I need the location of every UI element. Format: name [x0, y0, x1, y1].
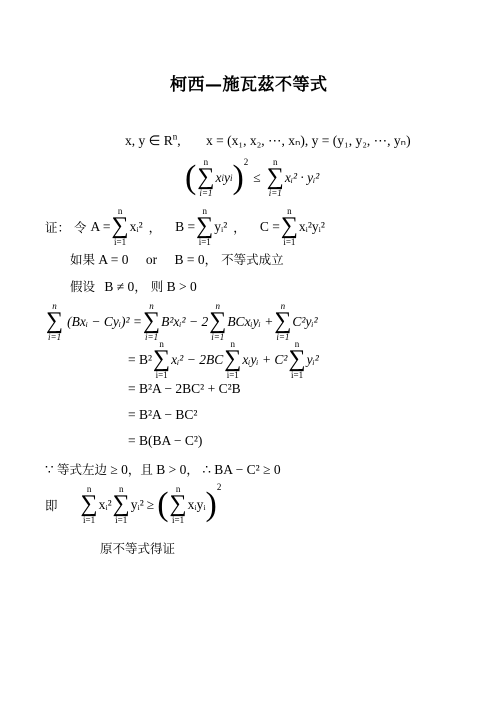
sum-lower: i=1: [156, 371, 168, 380]
or-label: or: [146, 252, 157, 267]
expansion-line-1: n∑i=1 (Bxᵢ − Cyᵢ)² = n∑i=1 B²xᵢ² − 2 n∑i…: [45, 302, 318, 342]
document-title: 柯西—施瓦茲不等式: [170, 70, 328, 95]
b-nonzero: B ≠ 0: [104, 279, 134, 294]
final-term-1: xᵢ²: [99, 497, 112, 513]
separator: ，: [186, 462, 199, 477]
sigma-icon: ∑: [81, 494, 98, 516]
summation: n∑i=1: [209, 302, 226, 342]
right-paren: ): [206, 488, 217, 522]
def-a-lhs: A =: [91, 219, 111, 235]
leq-sign: ≤: [253, 170, 260, 186]
proof-label: 证：: [45, 218, 70, 236]
sum-lower: i=1: [172, 516, 184, 525]
holds-text: ， 不等式成立: [205, 252, 284, 267]
final-term-2: yᵢ²: [131, 497, 144, 513]
vector-components: x = (x₁, x₂, ⋯, xₙ), y = (y₁, y₂, ⋯, yₙ): [206, 133, 411, 148]
summation: n ∑ i=1: [197, 158, 214, 198]
sum-lower: i=1: [114, 238, 126, 247]
sum-lower: i=1: [199, 189, 212, 198]
geq-sign: ≥: [147, 497, 154, 513]
proof-definitions: 证： 令 A = n∑i=1 xᵢ² ， B = n∑i=1 yᵢ² ， C =…: [45, 207, 325, 247]
sum-lower: i=1: [269, 189, 282, 198]
condition-a: A = 0: [98, 252, 128, 267]
main-inequality: ( n ∑ i=1 xiyi )2 ≤ n ∑ i=1 xᵢ² · yᵢ²: [185, 158, 319, 198]
rhs-term: xᵢ² · yᵢ²: [285, 170, 319, 186]
expansion2-term-3: yᵢ²: [307, 352, 319, 368]
sum-lower: i=1: [227, 371, 239, 380]
sum-lower: i=1: [291, 371, 303, 380]
expansion2-prefix: = B²: [128, 352, 152, 368]
summation: n∑i=1: [113, 485, 130, 525]
summation: n∑i=1: [170, 485, 187, 525]
sigma-icon: ∑: [281, 216, 298, 238]
sum-lower: i=1: [83, 516, 95, 525]
expansion-line-2: = B² n∑i=1 xᵢ² − 2BC n∑i=1 xᵢyᵢ + C² n∑i…: [128, 340, 319, 380]
def-b-lhs: B =: [175, 219, 195, 235]
summation: n∑i=1: [224, 340, 241, 380]
summation: n∑i=1: [274, 302, 291, 342]
sigma-icon: ∑: [267, 167, 284, 189]
summation: n ∑ i=1: [267, 158, 284, 198]
summation: n∑i=1: [153, 340, 170, 380]
sum-lower: i=1: [199, 238, 211, 247]
comma: ,: [177, 133, 180, 148]
separator: ，: [233, 218, 246, 236]
def-b-term: yᵢ²: [214, 219, 227, 235]
and-text: ，且: [128, 462, 153, 477]
summation: n∑i=1: [112, 207, 129, 247]
summation: n∑i=1: [143, 302, 160, 342]
def-c-term: xᵢ²yᵢ²: [299, 219, 325, 235]
final-inequality: 即 n∑i=1 xᵢ² n∑i=1 yᵢ² ≥ ( n∑i=1 xᵢyᵢ )2: [45, 485, 221, 525]
condition-b: B = 0: [175, 252, 205, 267]
geq-zero: ≥ 0: [110, 462, 128, 477]
because-icon: ∵: [45, 462, 54, 477]
therefore-icon: ∴: [202, 462, 211, 477]
if-label: 如果: [70, 252, 95, 267]
expansion2-term-2: xᵢyᵢ + C²: [242, 352, 287, 368]
namely-label: 即: [45, 496, 58, 514]
right-paren: ): [232, 161, 243, 195]
def-c-lhs: C =: [260, 219, 280, 235]
sigma-icon: ∑: [153, 349, 170, 371]
final-term-3: xᵢyᵢ: [188, 497, 206, 513]
separator: ，: [149, 218, 162, 236]
expansion-line-4: = B²A − BC²: [128, 407, 197, 423]
b-positive: B > 0: [167, 279, 197, 294]
sigma-icon: ∑: [170, 494, 187, 516]
summation: n∑i=1: [196, 207, 213, 247]
summation: n∑i=1: [288, 340, 305, 380]
sigma-icon: ∑: [274, 311, 291, 333]
expansion-line-5: = B(BA − C²): [128, 433, 202, 449]
sigma-icon: ∑: [113, 494, 130, 516]
vector-definition: x, y ∈ Rn, x = (x₁, x₂, ⋯, xₙ), y = (y₁,…: [125, 133, 411, 149]
expansion-term-1: B²xᵢ² − 2: [161, 314, 208, 330]
left-paren: (: [185, 161, 196, 195]
sum-lower: i=1: [283, 238, 295, 247]
because-line: ∵ 等式左边 ≥ 0，且 B > 0， ∴ BA − C² ≥ 0: [45, 460, 281, 478]
assume-label: 假设: [70, 279, 95, 294]
then-label: ， 则: [134, 279, 163, 294]
sum-lower: i=1: [48, 333, 61, 342]
sigma-icon: ∑: [46, 311, 63, 333]
expansion-line-3: = B²A − 2BC² + C²B: [128, 381, 241, 397]
expansion-lhs: (Bxᵢ − Cyᵢ)² =: [67, 314, 142, 330]
summation: n∑i=1: [81, 485, 98, 525]
case-line: 如果 A = 0 or B = 0， 不等式成立: [70, 250, 284, 268]
sigma-icon: ∑: [196, 216, 213, 238]
expansion2-term-1: xᵢ² − 2BC: [171, 352, 223, 368]
expansion-term-2: BCxᵢyᵢ +: [227, 314, 273, 330]
sigma-icon: ∑: [112, 216, 129, 238]
sum-lower: i=1: [115, 516, 127, 525]
rn-membership: x, y ∈ R: [125, 133, 173, 148]
assume-line: 假设 B ≠ 0， 则 B > 0: [70, 277, 197, 295]
sigma-icon: ∑: [209, 311, 226, 333]
summation: n∑i=1: [281, 207, 298, 247]
lhs-text: 等式左边: [57, 462, 107, 477]
conclusion: 原不等式得证: [100, 539, 175, 557]
summation: n∑i=1: [46, 302, 63, 342]
def-a-term: xᵢ²: [130, 219, 143, 235]
sigma-icon: ∑: [224, 349, 241, 371]
sigma-icon: ∑: [288, 349, 305, 371]
therefore-result: BA − C² ≥ 0: [214, 462, 280, 477]
left-paren: (: [157, 488, 168, 522]
let-label: 令: [74, 218, 87, 236]
b-positive: B > 0: [156, 462, 186, 477]
sigma-icon: ∑: [197, 167, 214, 189]
sigma-icon: ∑: [143, 311, 160, 333]
expansion-term-3: C²yᵢ²: [292, 314, 317, 330]
